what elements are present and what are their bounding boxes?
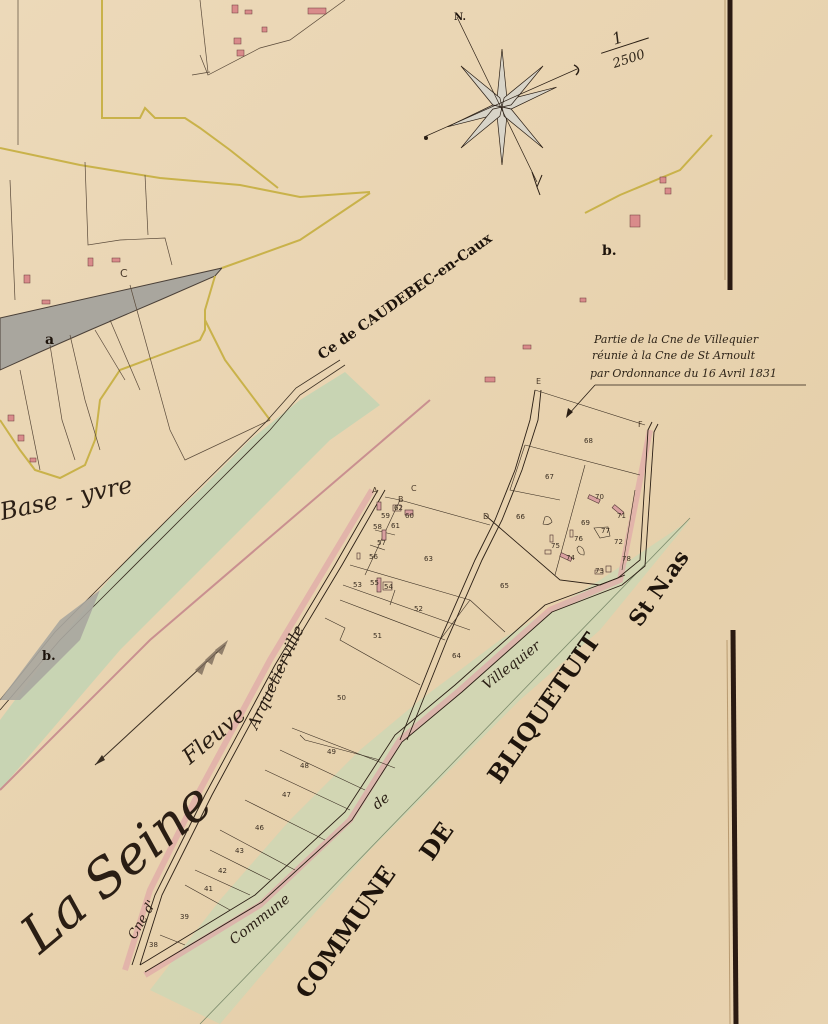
point-f: F <box>638 420 643 429</box>
cadastral-map: N. 1 2500 Partie de la Cne de Villequier… <box>0 0 828 1024</box>
parcel-67: 67 <box>545 473 554 481</box>
green-band-lower <box>150 520 690 1024</box>
parcel-46: 46 <box>255 824 264 832</box>
map-canvas: N. 1 2500 Partie de la Cne de Villequier… <box>0 0 828 1024</box>
parcel-50: 50 <box>337 694 346 702</box>
parcel-78: 78 <box>622 555 631 563</box>
parcel-52: 52 <box>414 605 423 613</box>
point-d: D <box>483 512 489 521</box>
parcel-48: 48 <box>300 762 309 770</box>
parcel-71: 71 <box>617 512 626 520</box>
parcel-62: 62 <box>394 504 403 512</box>
section-letter-c: C <box>120 267 128 280</box>
section-letter-b-lower: b. <box>42 649 56 664</box>
parcel-38: 38 <box>149 941 158 949</box>
upper-left-parcels <box>10 0 345 470</box>
parcel-61: 61 <box>391 522 400 530</box>
water-area-a <box>0 268 222 370</box>
annotation-line-2: réunie à la Cne de St Arnoult <box>592 349 756 362</box>
parcel-73: 73 <box>595 567 604 575</box>
point-b: B <box>398 495 404 504</box>
boundary-line <box>200 518 690 1024</box>
parcel-63: 63 <box>424 555 433 563</box>
compass-north-label: N. <box>454 12 466 23</box>
parcel-47: 47 <box>282 791 291 799</box>
frame-bars <box>725 0 736 1024</box>
parcel-54: 54 <box>384 583 393 591</box>
label-de-caps: DE <box>413 817 459 866</box>
parcel-66: 66 <box>516 513 525 521</box>
parcel-53: 53 <box>353 581 362 589</box>
parcel-64: 64 <box>452 652 461 660</box>
parcel-51: 51 <box>373 632 382 640</box>
point-c: C <box>411 484 417 493</box>
parcel-72: 72 <box>614 538 623 546</box>
compass-rose <box>424 17 579 195</box>
label-base-yvre: Base - yvre <box>0 470 135 526</box>
parcel-74: 74 <box>566 554 575 562</box>
label-caudebec: Ce de CAUDEBEC-en-Caux <box>315 230 496 363</box>
section-letter-a: a <box>45 332 54 348</box>
parcel-55: 55 <box>370 579 379 587</box>
point-a: A <box>372 486 378 495</box>
parcel-58: 58 <box>373 523 382 531</box>
parcel-60: 60 <box>405 512 414 520</box>
parcel-42: 42 <box>218 867 227 875</box>
point-e: E <box>536 377 541 386</box>
parcel-59: 59 <box>381 512 390 520</box>
parcel-77: 77 <box>601 527 610 535</box>
parcel-39: 39 <box>180 913 189 921</box>
annotation-line-1: Partie de la Cne de Villequier <box>593 333 759 346</box>
parcel-69: 69 <box>581 519 590 527</box>
label-arquetierville: Arquetierville <box>243 622 308 733</box>
parcel-49: 49 <box>327 748 336 756</box>
river-seine <box>0 372 380 790</box>
annotation-block: Partie de la Cne de Villequier réunie à … <box>566 333 806 418</box>
scale-denominator: 2500 <box>610 47 647 72</box>
parcel-57: 57 <box>377 539 386 547</box>
parcel-68: 68 <box>584 437 593 445</box>
scale-fraction: 1 2500 <box>595 20 655 74</box>
parcel-41: 41 <box>204 885 213 893</box>
section-letter-b-upper: b. <box>602 243 617 259</box>
parcel-43: 43 <box>235 847 244 855</box>
scale-numerator: 1 <box>610 27 626 48</box>
parcel-65: 65 <box>500 582 509 590</box>
parcel-56: 56 <box>369 553 378 561</box>
parcel-76: 76 <box>574 535 583 543</box>
parcel-75: 75 <box>551 542 560 550</box>
parcel-70: 70 <box>595 493 604 501</box>
annotation-line-3: par Ordonnance du 16 Avril 1831 <box>590 367 777 380</box>
